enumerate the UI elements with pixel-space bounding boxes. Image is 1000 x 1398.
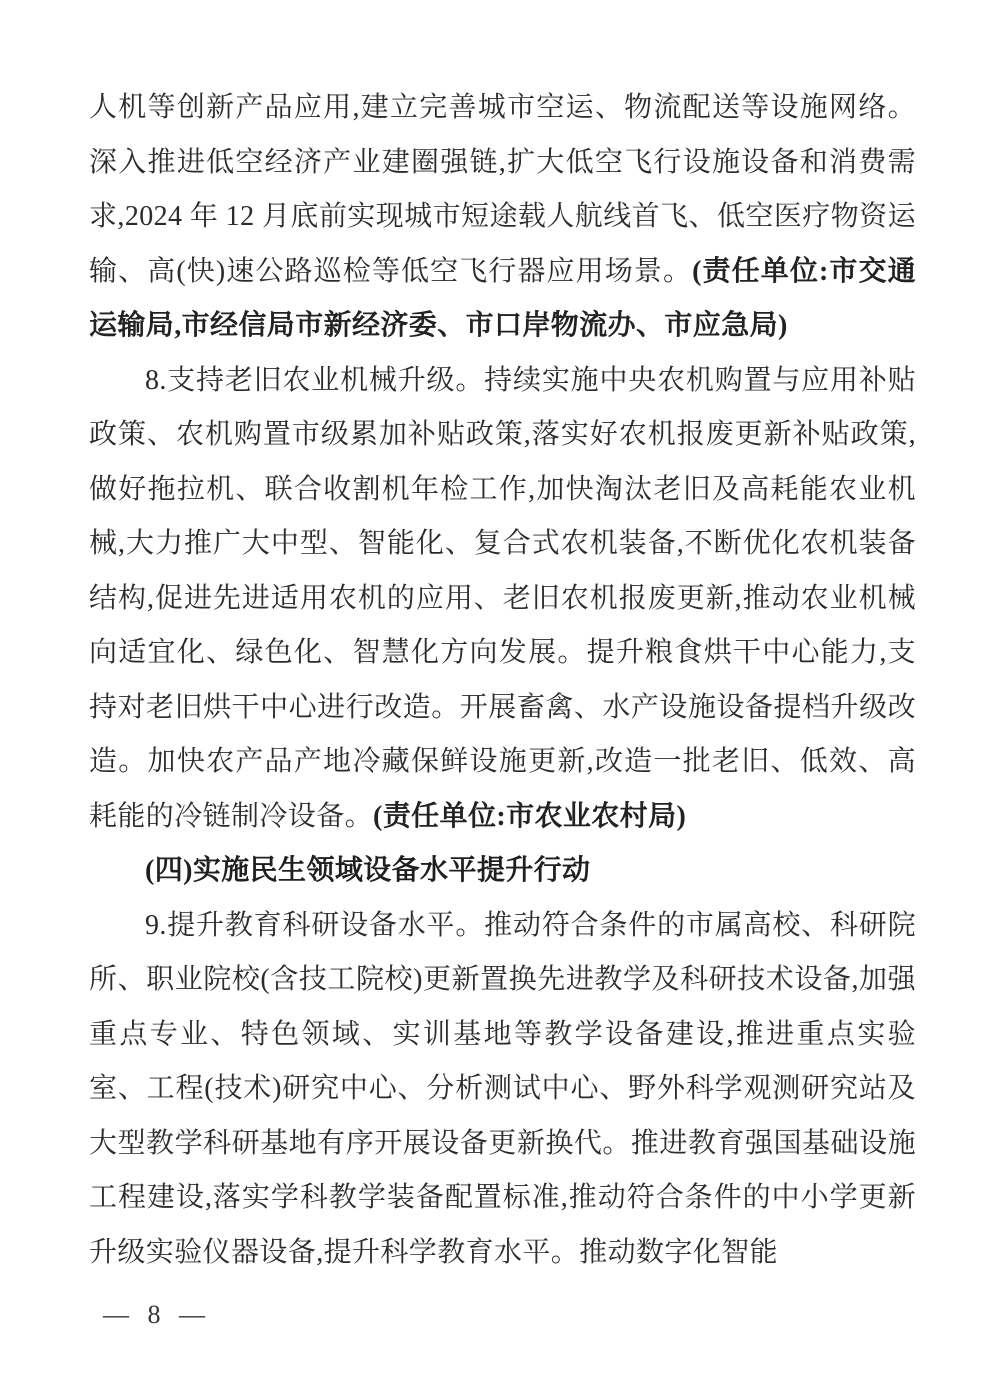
responsibility-unit-agriculture: (责任单位:市农业农村局) [373, 801, 686, 832]
paragraph-item-9-text: 9.提升教育科研设备水平。推动符合条件的市属高校、科研院所、职业院校(含技工院校… [89, 910, 916, 1268]
paragraph-continuation: 人机等创新产品应用,建立完善城市空运、物流配送等设施网络。深入推进低空经济产业建… [89, 81, 916, 354]
paragraph-item-8-text: 8.支持老旧农业机械升级。持续实施中央农机购置与应用补贴政策、农机购置市级累加补… [89, 365, 916, 832]
document-page: 人机等创新产品应用,建立完善城市空运、物流配送等设施网络。深入推进低空经济产业建… [0, 0, 1000, 1398]
section-heading-4: (四)实施民生领域设备水平提升行动 [89, 844, 916, 899]
paragraph-item-9: 9.提升教育科研设备水平。推动符合条件的市属高校、科研院所、职业院校(含技工院校… [89, 899, 916, 1281]
page-number-footer: — 8 — [103, 1295, 206, 1335]
document-body: 人机等创新产品应用,建立完善城市空运、物流配送等设施网络。深入推进低空经济产业建… [89, 81, 916, 1280]
paragraph-item-8: 8.支持老旧农业机械升级。持续实施中央农机购置与应用补贴政策、农机购置市级累加补… [89, 354, 916, 845]
